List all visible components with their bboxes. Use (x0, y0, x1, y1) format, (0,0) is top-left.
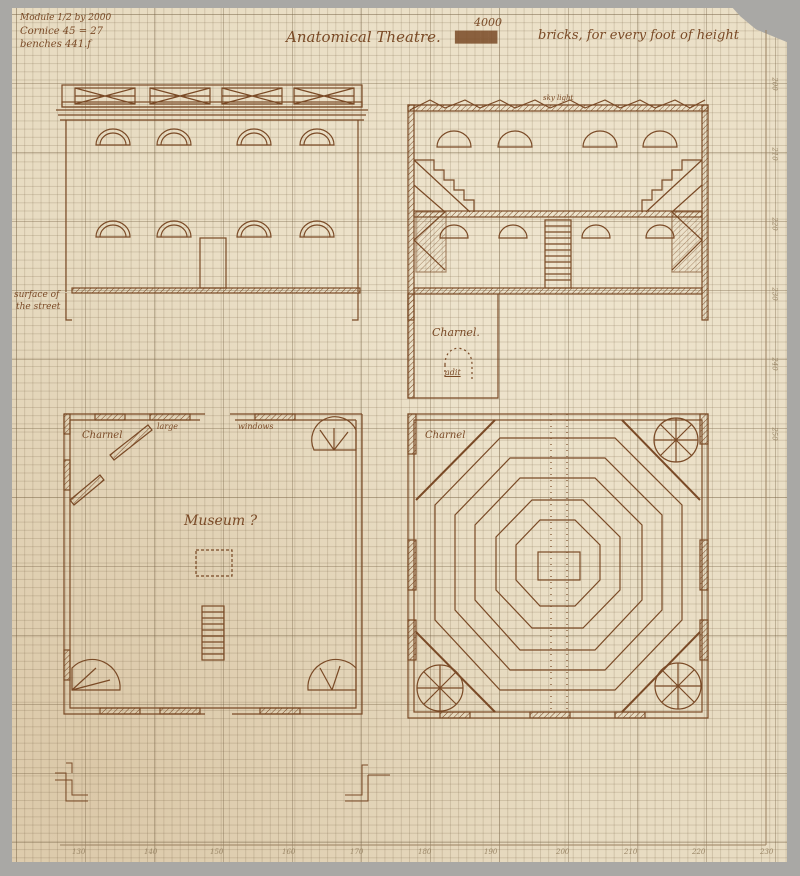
spiral-stair-tl (654, 418, 698, 462)
spiral-stair-bottom-right (308, 659, 356, 690)
charnel-plan-left-label: Charnel (82, 430, 122, 441)
section-upper-windows (437, 131, 677, 147)
scale-tick: 160 (282, 848, 295, 856)
scale-tick: 140 (144, 848, 157, 856)
dissection-table (538, 552, 580, 580)
sky-light-label: sky light (543, 94, 573, 102)
bricks-note: bricks, for every foot of height (538, 28, 739, 43)
scale-tick: 150 (210, 848, 223, 856)
spiral-stair-bl (417, 665, 463, 711)
drawing-title: Anatomical Theatre. (286, 28, 441, 46)
surface-label-1: surface of (14, 290, 59, 300)
central-dotted-square (196, 550, 232, 576)
museum-label: Museum ? (184, 513, 257, 529)
ground-floor-stair (202, 606, 224, 660)
scale-tick: 170 (350, 848, 363, 856)
elevation-door (200, 238, 226, 288)
central-stair (545, 220, 571, 288)
foundation-marks (55, 763, 390, 801)
theatre-plan (408, 414, 708, 718)
scale-tick-right: 200 (771, 77, 779, 90)
elevation-upper-windows (96, 129, 334, 145)
scale-tick: 200 (556, 848, 569, 856)
center-axis (551, 414, 567, 712)
elevation-lower-windows (96, 221, 334, 237)
charnel-section-label: Charnel. (432, 326, 480, 339)
scale-tick-right: 210 (771, 147, 779, 160)
tiered-benches (435, 438, 682, 690)
scale-tick-right: 250 (771, 427, 779, 440)
scale-tick: 210 (624, 848, 637, 856)
spiral-stair-bottom-left (72, 659, 120, 690)
scale-tick: 220 (692, 848, 705, 856)
scale-tick: 190 (484, 848, 497, 856)
margin-note-cornice: Cornice 45 = 27 (20, 26, 103, 37)
struck-value: █████ (455, 31, 497, 44)
scale-tick: 230 (760, 848, 773, 856)
margin-note-benches: benches 441.f (20, 39, 91, 50)
large-label: large (157, 422, 178, 431)
spiral-stair-br (655, 663, 701, 709)
scale-tick: 130 (72, 848, 85, 856)
scale-tick-right: 230 (771, 287, 779, 300)
margin-note-module: Module 1/2 by 2000 (20, 13, 111, 23)
scale-tick-right: 220 (771, 217, 779, 230)
inserted-value: 4000 (474, 16, 502, 29)
elevation-view (56, 85, 368, 320)
section-view (408, 100, 708, 398)
spiral-stair-top-right (312, 417, 356, 450)
charnel-plan-right-label: Charnel (425, 430, 465, 441)
windows-label: windows (238, 422, 273, 431)
adit-label: adit (445, 368, 461, 377)
scale-tick: 180 (418, 848, 431, 856)
ground-floor-plan (64, 414, 362, 714)
scale-tick-right: 240 (771, 357, 779, 370)
surface-label-2: the street (16, 302, 60, 312)
